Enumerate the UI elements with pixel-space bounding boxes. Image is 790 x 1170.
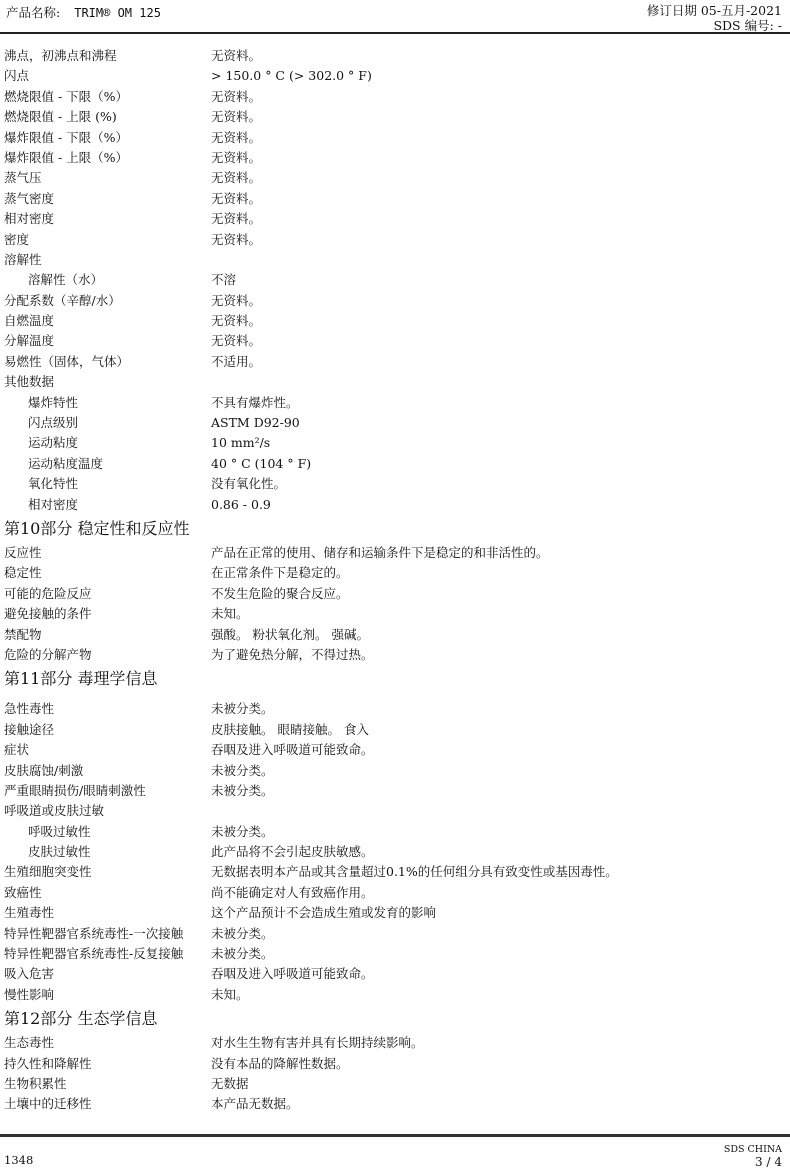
property-label: 密度 bbox=[4, 230, 211, 250]
property-row: 避免接触的条件未知。 bbox=[4, 604, 784, 624]
property-row: 急性毒性未被分类。 bbox=[4, 699, 784, 719]
property-row: 分配系数（辛醇/水）无资料。 bbox=[4, 291, 784, 311]
property-row: 可能的危险反应不发生危险的聚合反应。 bbox=[4, 584, 784, 604]
property-row: 自燃温度无资料。 bbox=[4, 311, 784, 331]
property-label: 稳定性 bbox=[4, 563, 211, 583]
property-value: 无资料。 bbox=[211, 331, 784, 351]
property-label: 严重眼睛损伤/眼睛刺激性 bbox=[4, 781, 211, 801]
property-value: 未知。 bbox=[211, 604, 784, 624]
property-value: 0.86 - 0.9 bbox=[211, 495, 784, 515]
property-value bbox=[211, 372, 784, 392]
section-12-title: 第12部分 生态学信息 bbox=[4, 1005, 784, 1033]
property-label: 持久性和降解性 bbox=[4, 1054, 211, 1074]
property-row: 危险的分解产物为了避免热分解，不得过热。 bbox=[4, 645, 784, 665]
property-label: 呼吸过敏性 bbox=[4, 822, 211, 842]
property-row: 反应性产品在正常的使用、储存和运输条件下是稳定的和非活性的。 bbox=[4, 543, 784, 563]
property-value: 无资料。 bbox=[211, 209, 784, 229]
property-row: 生殖细胞突变性无数据表明本产品或其含量超过0.1%的任何组分具有致变性或基因毒性… bbox=[4, 862, 784, 882]
property-value: 10 mm²/s bbox=[211, 433, 784, 453]
property-row: 分解温度无资料。 bbox=[4, 331, 784, 351]
property-label: 爆炸限值 - 上限（%） bbox=[4, 148, 211, 168]
property-row: 致癌性尚不能确定对人有致癌作用。 bbox=[4, 883, 784, 903]
property-row: 相对密度无资料。 bbox=[4, 209, 784, 229]
property-row: 溶解性 bbox=[4, 250, 784, 270]
property-row: 生物积累性无数据 bbox=[4, 1074, 784, 1094]
property-label: 爆炸特性 bbox=[4, 393, 211, 413]
property-value: 未被分类。 bbox=[211, 699, 784, 719]
property-row: 土壤中的迁移性本产品无数据。 bbox=[4, 1094, 784, 1114]
property-value bbox=[211, 801, 784, 821]
property-value: 皮肤接触。 眼睛接触。 食入 bbox=[211, 720, 784, 740]
revision-info: 修订日期 05-五月-2021 SDS 编号: - bbox=[647, 3, 782, 33]
property-row: 接触途径皮肤接触。 眼睛接触。 食入 bbox=[4, 720, 784, 740]
property-label: 蒸气压 bbox=[4, 168, 211, 188]
property-label: 分配系数（辛醇/水） bbox=[4, 291, 211, 311]
property-value: 此产品将不会引起皮肤敏感。 bbox=[211, 842, 784, 862]
property-label: 闪点级别 bbox=[4, 413, 211, 433]
property-label: 生态毒性 bbox=[4, 1033, 211, 1053]
property-label: 特异性靶器官系统毒性-反复接触 bbox=[4, 944, 211, 964]
property-row: 症状吞咽及进入呼吸道可能致命。 bbox=[4, 740, 784, 760]
property-label: 生物积累性 bbox=[4, 1074, 211, 1094]
product-name-value: TRIM® OM 125 bbox=[74, 6, 161, 20]
property-label: 症状 bbox=[4, 740, 211, 760]
property-row: 生殖毒性这个产品预计不会造成生殖或发育的影响 bbox=[4, 903, 784, 923]
property-value: 未被分类。 bbox=[211, 944, 784, 964]
property-value: 无资料。 bbox=[211, 148, 784, 168]
property-label: 分解温度 bbox=[4, 331, 211, 351]
property-row: 其他数据 bbox=[4, 372, 784, 392]
property-label: 生殖毒性 bbox=[4, 903, 211, 923]
property-value: 强酸。 粉状氧化剂。 强碱。 bbox=[211, 625, 784, 645]
property-value bbox=[211, 250, 784, 270]
property-label: 皮肤腐蚀/刺激 bbox=[4, 761, 211, 781]
property-row: 爆炸特性不具有爆炸性。 bbox=[4, 393, 784, 413]
property-label: 可能的危险反应 bbox=[4, 584, 211, 604]
property-row: 相对密度0.86 - 0.9 bbox=[4, 495, 784, 515]
property-value: 对水生生物有害并具有长期持续影响。 bbox=[211, 1033, 784, 1053]
property-row: 稳定性在正常条件下是稳定的。 bbox=[4, 563, 784, 583]
revision-date: 修订日期 05-五月-2021 bbox=[647, 3, 782, 18]
header-divider bbox=[0, 32, 790, 34]
property-label: 禁配物 bbox=[4, 625, 211, 645]
property-row: 呼吸过敏性未被分类。 bbox=[4, 822, 784, 842]
property-label: 自燃温度 bbox=[4, 311, 211, 331]
property-row: 运动粘度10 mm²/s bbox=[4, 433, 784, 453]
property-row: 吸入危害吞咽及进入呼吸道可能致命。 bbox=[4, 964, 784, 984]
property-value: 没有氧化性。 bbox=[211, 474, 784, 494]
property-value: 未被分类。 bbox=[211, 924, 784, 944]
product-name-header: 产品名称:TRIM® OM 125 bbox=[6, 3, 161, 21]
section-10-rows: 反应性产品在正常的使用、储存和运输条件下是稳定的和非活性的。稳定性在正常条件下是… bbox=[4, 543, 784, 665]
property-label: 溶解性（水） bbox=[4, 270, 211, 290]
property-label: 危险的分解产物 bbox=[4, 645, 211, 665]
product-name-label: 产品名称: bbox=[6, 5, 60, 20]
property-label: 相对密度 bbox=[4, 209, 211, 229]
property-value: 未被分类。 bbox=[211, 822, 784, 842]
property-value: 未被分类。 bbox=[211, 761, 784, 781]
section-9-properties: 沸点，初沸点和沸程无资料。闪点> 150.0 ° C (> 302.0 ° F)… bbox=[4, 46, 784, 515]
property-row: 严重眼睛损伤/眼睛刺激性未被分类。 bbox=[4, 781, 784, 801]
property-label: 闪点 bbox=[4, 66, 211, 86]
property-row: 燃烧限值 - 上限 (%)无资料。 bbox=[4, 107, 784, 127]
property-label: 燃烧限值 - 下限（%） bbox=[4, 87, 211, 107]
property-value: 这个产品预计不会造成生殖或发育的影响 bbox=[211, 903, 784, 923]
section-10-title: 第10部分 稳定性和反应性 bbox=[4, 515, 784, 543]
property-value: 本产品无数据。 bbox=[211, 1094, 784, 1114]
property-label: 沸点，初沸点和沸程 bbox=[4, 46, 211, 66]
property-value: 无资料。 bbox=[211, 189, 784, 209]
property-row: 燃烧限值 - 下限（%）无资料。 bbox=[4, 87, 784, 107]
property-row: 皮肤腐蚀/刺激未被分类。 bbox=[4, 761, 784, 781]
property-row: 蒸气压无资料。 bbox=[4, 168, 784, 188]
property-label: 慢性影响 bbox=[4, 985, 211, 1005]
property-row: 易燃性（固体，气体）不适用。 bbox=[4, 352, 784, 372]
property-label: 运动粘度 bbox=[4, 433, 211, 453]
property-label: 吸入危害 bbox=[4, 964, 211, 984]
property-row: 皮肤过敏性此产品将不会引起皮肤敏感。 bbox=[4, 842, 784, 862]
property-label: 易燃性（固体，气体） bbox=[4, 352, 211, 372]
property-value: 无资料。 bbox=[211, 230, 784, 250]
property-value: 无资料。 bbox=[211, 291, 784, 311]
property-row: 慢性影响未知。 bbox=[4, 985, 784, 1005]
property-label: 土壤中的迁移性 bbox=[4, 1094, 211, 1114]
property-value: 尚不能确定对人有致癌作用。 bbox=[211, 883, 784, 903]
property-label: 相对密度 bbox=[4, 495, 211, 515]
property-value: 不溶 bbox=[211, 270, 784, 290]
property-row: 生态毒性对水生生物有害并具有长期持续影响。 bbox=[4, 1033, 784, 1053]
property-value: 没有本品的降解性数据。 bbox=[211, 1054, 784, 1074]
property-value: 无资料。 bbox=[211, 168, 784, 188]
property-label: 致癌性 bbox=[4, 883, 211, 903]
property-row: 溶解性（水）不溶 bbox=[4, 270, 784, 290]
property-row: 禁配物强酸。 粉状氧化剂。 强碱。 bbox=[4, 625, 784, 645]
property-value: 在正常条件下是稳定的。 bbox=[211, 563, 784, 583]
property-value: 不发生危险的聚合反应。 bbox=[211, 584, 784, 604]
property-row: 闪点级别ASTM D92-90 bbox=[4, 413, 784, 433]
property-value: 吞咽及进入呼吸道可能致命。 bbox=[211, 740, 784, 760]
property-value: 无资料。 bbox=[211, 311, 784, 331]
property-row: 闪点> 150.0 ° C (> 302.0 ° F) bbox=[4, 66, 784, 86]
property-row: 氧化特性没有氧化性。 bbox=[4, 474, 784, 494]
property-row: 运动粘度温度40 ° C (104 ° F) bbox=[4, 454, 784, 474]
property-label: 蒸气密度 bbox=[4, 189, 211, 209]
property-label: 生殖细胞突变性 bbox=[4, 862, 211, 882]
property-value: 无资料。 bbox=[211, 107, 784, 127]
property-value: 无资料。 bbox=[211, 128, 784, 148]
property-value: 未被分类。 bbox=[211, 781, 784, 801]
property-label: 反应性 bbox=[4, 543, 211, 563]
property-value: 产品在正常的使用、储存和运输条件下是稳定的和非活性的。 bbox=[211, 543, 784, 563]
property-label: 运动粘度温度 bbox=[4, 454, 211, 474]
property-label: 急性毒性 bbox=[4, 699, 211, 719]
property-value: 为了避免热分解，不得过热。 bbox=[211, 645, 784, 665]
property-row: 沸点，初沸点和沸程无资料。 bbox=[4, 46, 784, 66]
property-label: 爆炸限值 - 下限（%） bbox=[4, 128, 211, 148]
property-value: ASTM D92-90 bbox=[211, 413, 784, 433]
property-label: 接触途径 bbox=[4, 720, 211, 740]
property-label: 特异性靶器官系统毒性-一次接触 bbox=[4, 924, 211, 944]
property-label: 溶解性 bbox=[4, 250, 211, 270]
property-row: 爆炸限值 - 上限（%）无资料。 bbox=[4, 148, 784, 168]
property-value: > 150.0 ° C (> 302.0 ° F) bbox=[211, 66, 784, 86]
property-row: 特异性靶器官系统毒性-一次接触未被分类。 bbox=[4, 924, 784, 944]
property-value: 吞咽及进入呼吸道可能致命。 bbox=[211, 964, 784, 984]
property-value: 无数据表明本产品或其含量超过0.1%的任何组分具有致变性或基因毒性。 bbox=[211, 862, 784, 882]
property-row: 持久性和降解性没有本品的降解性数据。 bbox=[4, 1054, 784, 1074]
property-label: 其他数据 bbox=[4, 372, 211, 392]
document-body: 沸点，初沸点和沸程无资料。闪点> 150.0 ° C (> 302.0 ° F)… bbox=[4, 46, 784, 1115]
property-label: 避免接触的条件 bbox=[4, 604, 211, 624]
property-row: 爆炸限值 - 下限（%）无资料。 bbox=[4, 128, 784, 148]
property-value: 不具有爆炸性。 bbox=[211, 393, 784, 413]
section-11-title: 第11部分 毒理学信息 bbox=[4, 665, 784, 699]
property-label: 皮肤过敏性 bbox=[4, 842, 211, 862]
sds-number: SDS 编号: - bbox=[647, 18, 782, 33]
property-value: 无资料。 bbox=[211, 46, 784, 66]
property-row: 密度无资料。 bbox=[4, 230, 784, 250]
page-number: 3 / 4 bbox=[724, 1156, 782, 1168]
property-row: 呼吸道或皮肤过敏 bbox=[4, 801, 784, 821]
property-row: 特异性靶器官系统毒性-反复接触未被分类。 bbox=[4, 944, 784, 964]
property-value: 40 ° C (104 ° F) bbox=[211, 454, 784, 474]
property-label: 燃烧限值 - 上限 (%) bbox=[4, 107, 211, 127]
property-label: 氧化特性 bbox=[4, 474, 211, 494]
property-value: 无资料。 bbox=[211, 87, 784, 107]
document-code: 1348 bbox=[4, 1153, 33, 1167]
property-value: 不适用。 bbox=[211, 352, 784, 372]
property-value: 未知。 bbox=[211, 985, 784, 1005]
section-11-rows: 急性毒性未被分类。接触途径皮肤接触。 眼睛接触。 食入症状吞咽及进入呼吸道可能致… bbox=[4, 699, 784, 1005]
property-row: 蒸气密度无资料。 bbox=[4, 189, 784, 209]
footer-divider bbox=[0, 1134, 790, 1137]
footer-right: SDS CHINA 3 / 4 bbox=[724, 1144, 782, 1168]
section-12-rows: 生态毒性对水生生物有害并具有长期持续影响。持久性和降解性没有本品的降解性数据。生… bbox=[4, 1033, 784, 1115]
property-label: 呼吸道或皮肤过敏 bbox=[4, 801, 211, 821]
property-value: 无数据 bbox=[211, 1074, 784, 1094]
